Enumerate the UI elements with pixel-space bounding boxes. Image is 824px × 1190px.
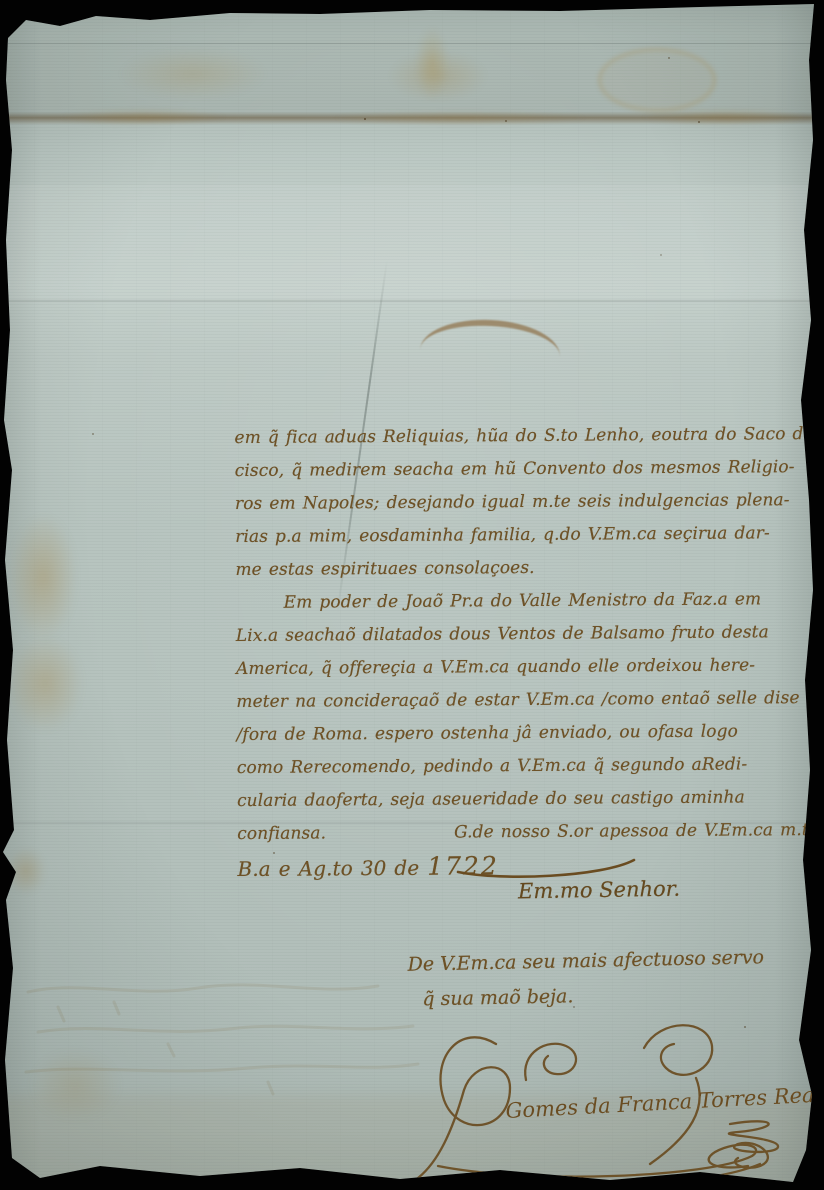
manuscript-line: ros em Napoles; desejando igual m.te sei… [235,484,815,521]
ink-specks [0,0,2,2]
honorific-address: Em.mo Senhor. [518,877,680,904]
closing-formula: De V.Em.ca seu mais afectuoso servo q̃ s… [407,940,765,1017]
manuscript-page: em q̃ fica aduas Reliquias, hũa do S.to … [0,0,824,1190]
dateline-place: B.a e Ag.to 30 de [237,856,419,881]
manuscript-line: America, q̃ offereçia a V.Em.ca quando e… [236,649,816,686]
manuscript-line: em q̃ fica aduas Reliquias, hũa do S.to … [234,418,814,455]
manuscript-line: meter na concideraçaõ de estar V.Em.ca /… [236,682,816,719]
manuscript-line: me estas espirituaes consolaçoes. [235,550,815,587]
signature-coil [729,1121,778,1167]
manuscript-line: Lix.a seachaõ dilatados dous Ventos de B… [236,616,816,653]
signature-name: Gomes da Franca Torres Real [505,1082,814,1123]
photo-background: em q̃ fica aduas Reliquias, hũa do S.to … [0,0,824,1190]
closing-line: q̃ sua maõ beja. [408,975,765,1017]
signature-flourish-loop [525,1044,576,1080]
blessing-formula: G.de nosso S.or apessoa de V.Em.ca m.tos… [454,813,824,849]
closing-line: De V.Em.ca seu mais afectuoso servo [407,940,764,982]
manuscript-line: cisco, q̃ medirem seacha em hũ Convento … [235,451,815,488]
manuscript-line: como Rerecomendo, pedindo a V.Em.ca q̃ s… [237,748,817,785]
ink-showthrough-ghost [18,952,438,1122]
signature: Gomes da Franca Torres Real [408,1016,814,1188]
manuscript-line: confiansa. G.de nosso S.or apessoa de V.… [237,814,817,851]
manuscript-line: /fora de Roma. espero ostenha jâ enviado… [236,715,816,752]
signature-flourish-loop [644,1025,712,1075]
manuscript-line: cularia daoferta, seja aseueridade do se… [237,781,817,818]
manuscript-line: Em poder de Joaõ Pr.a do Valle Menistro … [236,583,816,620]
signature-flourish-initial [418,1037,510,1178]
confidence-word: confiansa. [237,817,326,851]
letter-body: em q̃ fica aduas Reliquias, hũa do S.to … [234,418,817,887]
manuscript-line: rias p.a mim, eosdaminha familia, q.do V… [235,517,815,554]
signature-rubric-sweep [438,1145,756,1177]
